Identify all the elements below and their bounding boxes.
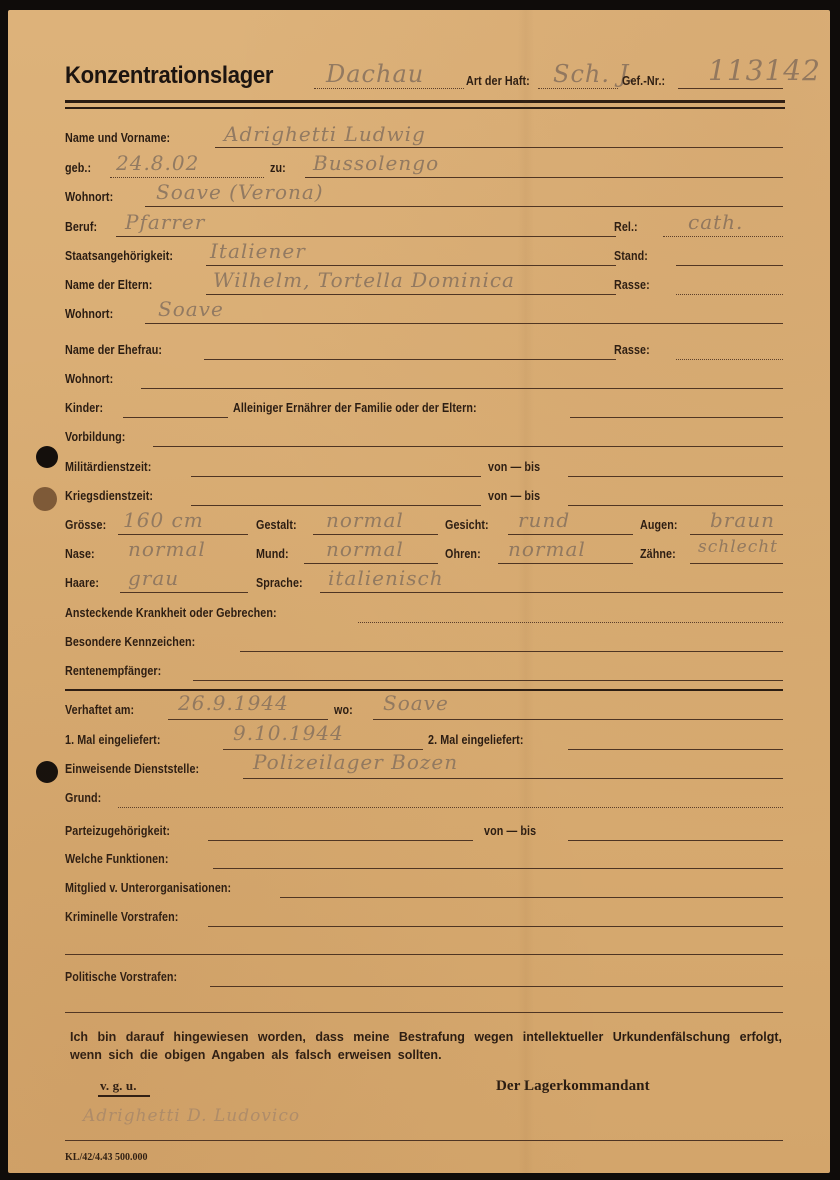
dienststelle-label: Einweisende Dienststelle: bbox=[65, 762, 199, 776]
punch-hole bbox=[36, 446, 58, 468]
mund-value: normal bbox=[326, 537, 404, 561]
punch-hole bbox=[36, 761, 58, 783]
militaer-label: Militärdienstzeit: bbox=[65, 460, 151, 474]
partei-label: Parteizugehörigkeit: bbox=[65, 824, 170, 838]
name-label: Name und Vorname: bbox=[65, 131, 170, 145]
beruf-label: Beruf: bbox=[65, 220, 97, 234]
vgu-label: v. g. u. bbox=[100, 1078, 137, 1094]
punch-hole bbox=[33, 487, 57, 511]
verhaftet-value: 26.9.1944 bbox=[178, 691, 289, 715]
prisoner-signature: Adrighetti D. Ludovico bbox=[83, 1106, 300, 1126]
nase-label: Nase: bbox=[65, 547, 95, 561]
grund-label: Grund: bbox=[65, 791, 101, 805]
wohnort-ehefrau-label: Wohnort: bbox=[65, 372, 113, 386]
krankheit-label: Ansteckende Krankheit oder Gebrechen: bbox=[65, 606, 277, 620]
von-bis-label: von — bis bbox=[484, 824, 536, 838]
gestalt-value: normal bbox=[326, 508, 404, 532]
zu-label: zu: bbox=[270, 161, 286, 175]
mitglied-label: Mitglied v. Unterorganisationen: bbox=[65, 881, 231, 895]
zaehne-value: schlecht bbox=[698, 537, 778, 557]
sprache-label: Sprache: bbox=[256, 576, 303, 590]
gef-nr-label: Gef.-Nr.: bbox=[622, 74, 665, 88]
ohren-label: Ohren: bbox=[445, 547, 481, 561]
gesicht-value: rund bbox=[518, 508, 570, 532]
von-bis-label: von — bis bbox=[488, 460, 540, 474]
politische-label: Politische Vorstrafen: bbox=[65, 970, 177, 984]
rel-value: cath. bbox=[688, 210, 743, 234]
haare-value: grau bbox=[128, 566, 179, 590]
augen-value: braun bbox=[710, 508, 775, 532]
ohren-value: normal bbox=[508, 537, 586, 561]
krieg-label: Kriegsdienstzeit: bbox=[65, 489, 153, 503]
vorbildung-label: Vorbildung: bbox=[65, 430, 125, 444]
wo-value: Soave bbox=[383, 691, 449, 715]
ehefrau-label: Name der Ehefrau: bbox=[65, 343, 162, 357]
rasse-label: Rasse: bbox=[614, 278, 650, 292]
wohnort-value: Soave (Verona) bbox=[156, 180, 324, 204]
camp-name: Dachau bbox=[326, 60, 424, 88]
kennzeichen-label: Besondere Kennzeichen: bbox=[65, 635, 195, 649]
kinder-label: Kinder: bbox=[65, 401, 103, 415]
augen-label: Augen: bbox=[640, 518, 678, 532]
gef-nr-value: 113142 bbox=[708, 54, 821, 87]
verhaftet-label: Verhaftet am: bbox=[65, 703, 134, 717]
mund-label: Mund: bbox=[256, 547, 289, 561]
zu-value: Bussolengo bbox=[313, 151, 439, 175]
name-value: Adrighetti Ludwig bbox=[224, 122, 426, 146]
geb-label: geb.: bbox=[65, 161, 91, 175]
rel-label: Rel.: bbox=[614, 220, 638, 234]
dienststelle-value: Polizeilager Bozen bbox=[253, 750, 458, 774]
page-title: Konzentrationslager bbox=[65, 62, 273, 90]
staat-label: Staatsangehörigkeit: bbox=[65, 249, 173, 263]
kriminelle-label: Kriminelle Vorstrafen: bbox=[65, 910, 178, 924]
rente-label: Rentenempfänger: bbox=[65, 664, 161, 678]
mal1-label: 1. Mal eingeliefert: bbox=[65, 733, 161, 747]
groesse-label: Grösse: bbox=[65, 518, 106, 532]
rasse-label: Rasse: bbox=[614, 343, 650, 357]
form-code: KL/42/4.43 500.000 bbox=[65, 1152, 148, 1163]
art-der-haft-label: Art der Haft: bbox=[466, 74, 530, 88]
wohnort-eltern-label: Wohnort: bbox=[65, 307, 113, 321]
mal2-label: 2. Mal eingeliefert: bbox=[428, 733, 524, 747]
ernaehrer-label: Alleiniger Ernährer der Familie oder der… bbox=[233, 401, 477, 415]
geb-value: 24.8.02 bbox=[116, 151, 199, 175]
mal1-value: 9.10.1944 bbox=[233, 721, 344, 745]
gesicht-label: Gesicht: bbox=[445, 518, 489, 532]
zaehne-label: Zähne: bbox=[640, 547, 676, 561]
groesse-value: 160 cm bbox=[123, 508, 204, 532]
wohnort-eltern-value: Soave bbox=[158, 297, 224, 321]
declaration-text: Ich bin darauf hingewiesen worden, dass … bbox=[70, 1028, 782, 1064]
wohnort-label: Wohnort: bbox=[65, 190, 113, 204]
wo-label: wo: bbox=[334, 703, 353, 717]
beruf-value: Pfarrer bbox=[125, 210, 205, 234]
eltern-value: Wilhelm, Tortella Dominica bbox=[213, 268, 515, 292]
sprache-value: italienisch bbox=[328, 566, 444, 590]
haare-label: Haare: bbox=[65, 576, 99, 590]
funktionen-label: Welche Funktionen: bbox=[65, 852, 168, 866]
staat-value: Italiener bbox=[210, 239, 306, 263]
nase-value: normal bbox=[128, 537, 206, 561]
eltern-label: Name der Eltern: bbox=[65, 278, 152, 292]
stand-label: Stand: bbox=[614, 249, 648, 263]
lagerkommandant-label: Der Lagerkommandant bbox=[496, 1078, 650, 1095]
gestalt-label: Gestalt: bbox=[256, 518, 297, 532]
von-bis-label: von — bis bbox=[488, 489, 540, 503]
registration-card: Konzentrationslager Dachau Art der Haft:… bbox=[8, 10, 830, 1173]
